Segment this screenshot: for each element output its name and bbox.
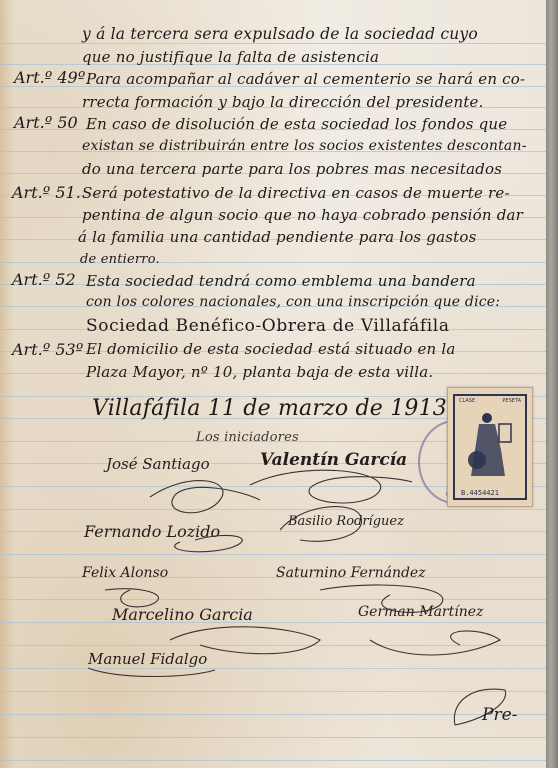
fiscal-stamp: CLASE PESETA B.4454421 (447, 387, 533, 507)
article-text: Esta sociedad tendrá como emblema una ba… (86, 272, 476, 290)
text-line: y á la tercera sera expulsado de la soci… (82, 25, 478, 43)
signature: Valentín García (260, 450, 407, 470)
article-text: do una tercera parte para los pobres mas… (82, 160, 502, 178)
article-text: á la familia una cantidad pendiente para… (78, 228, 477, 246)
signature: Saturnino Fernández (276, 565, 426, 581)
ruled-line (0, 668, 546, 669)
article-text: de entierro. (80, 252, 160, 267)
ruled-line (0, 554, 546, 555)
ruled-line (0, 509, 546, 510)
ruled-line (0, 622, 546, 623)
ruled-line (0, 43, 546, 44)
signature: Felix Alonso (82, 565, 168, 581)
article-label: Art.º 49º (14, 68, 85, 87)
book-edge (546, 0, 558, 768)
stamp-serial: B.4454421 (461, 489, 499, 497)
signature: Manuel Fidalgo (88, 650, 207, 668)
signature: José Santiago (106, 455, 210, 473)
signature: Basilio Rodríguez (288, 514, 404, 529)
signature: Marcelino Garcia (112, 605, 253, 624)
ruled-line (0, 714, 546, 715)
article-text: Para acompañar al cadáver al cementerio … (86, 70, 525, 88)
article-text: rrecta formación y bajo la dirección del… (82, 93, 484, 111)
signature: Fernando Lozido (84, 522, 220, 541)
signature: German Martínez (358, 604, 483, 620)
article-text: El domicilio de esta sociedad está situa… (86, 340, 456, 358)
article-text: existan se distribuirán entre los socios… (82, 138, 527, 154)
stamp-value: PESETA (502, 398, 521, 404)
society-motto: Sociedad Benéfico-Obrera de Villafáfila (86, 316, 450, 336)
stamp-frame: CLASE PESETA B.4454421 (453, 394, 527, 500)
ruled-line (0, 737, 546, 738)
ruled-line (0, 691, 546, 692)
ruled-line (0, 599, 546, 600)
document-page: y á la tercera sera expulsado de la soci… (0, 0, 546, 768)
ruled-line (0, 531, 546, 532)
article-text: Plaza Mayor, nº 10, planta baja de esta … (86, 363, 433, 381)
signers-heading: Los iniciadores (196, 430, 299, 445)
article-text: Será potestativo de la directiva en caso… (82, 184, 510, 202)
article-text: pentina de algun socio que no haya cobra… (82, 206, 523, 224)
place-date: Villafáfila 11 de marzo de 1913 (92, 396, 447, 421)
article-text: En caso de disolución de esta sociedad l… (86, 115, 507, 133)
article-label: Art.º 52 (12, 270, 76, 289)
ruled-line (0, 760, 546, 761)
text-line: que no justifique la falta de asistencia (82, 48, 379, 66)
article-text: con los colores nacionales, con una insc… (86, 294, 500, 310)
article-label: Art.º 51. (12, 183, 81, 202)
allegorical-figure-icon (465, 410, 517, 482)
stamp-header: CLASE PESETA (459, 398, 521, 404)
article-label: Art.º 50 (14, 113, 78, 132)
article-label: Art.º 53º (12, 340, 83, 359)
catchword: Pre- (482, 705, 517, 725)
ruled-line (0, 645, 546, 646)
stamp-class: CLASE (459, 398, 475, 404)
